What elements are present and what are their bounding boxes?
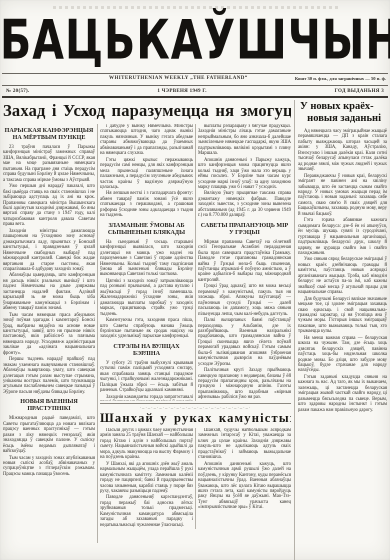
paragraph: Заходнія міністры дамагаюцца пашырэньня … — [3, 229, 95, 273]
column-2: і дабудзе ў выніку Нямеччына. Міністры с… — [100, 124, 193, 401]
paragraph: Палкі вычарпаных баямі паўстанцаў перахо… — [198, 318, 291, 367]
lead-headline: Захад і Усход паразумецца ня змогуць — [3, 101, 291, 121]
paragraph: Вялікую ўвагу прыцягвае таксама справа д… — [198, 191, 291, 218]
paragraph: Пасьля доўгіх і цяжкіх баёў камуністычна… — [100, 428, 193, 461]
paragraph: Палітычныя кругі Захаду прыймаюць савецк… — [198, 368, 291, 401]
subhead-blockade-agreement: ЗЛАМАНЬНЕ ЎМОВЫ АБ СЬПЫНЕНЬ­НІ БЛЯКАДЫ — [101, 223, 192, 237]
paragraph: Тым часам нямецкая праса абедзьвюх зонаў… — [3, 313, 95, 357]
dateline-row: № 20(57). 1 ЧЭРВЕНЯ 1949 Г. ГОД ВЫДАНЬНЯ… — [2, 86, 388, 96]
paragraph: Апошнія данясеньні з Парыжу кажуць, што … — [198, 158, 291, 191]
subhead-paris-conference: ПАРЫСКАЯ КАНФЭРЭНЦЫЯ НА МЁРТВЫМ ПУНКЦЕ — [4, 128, 94, 142]
subhead-war-criminals: НОВЫЯ ВАЕННЫЯ ПРАСТУПНІКІ — [4, 399, 94, 413]
page-content: Захад і Усход паразумецца ня змогуць ПАР… — [0, 98, 390, 560]
text-columns: ПАРЫСКАЯ КАНФЭРЭНЦЫЯ НА МЁРТВЫМ ПУНКЦЕ 2… — [3, 124, 291, 543]
col4-headline-line1: У новых краёх- — [298, 101, 387, 113]
paragraph: Мірная прапанова Саветаў на сёлетняй сэс… — [198, 240, 291, 284]
paragraph: У суботу 21 траўня выбухнулі крывавыя су… — [100, 361, 193, 394]
article-war-criminals: Міжнародныя радыё паведамілі, што Саветы… — [3, 416, 95, 477]
paragraph: Апошнія данясеньні кажуць, што камуністы… — [198, 462, 291, 511]
shanghai-headline: Шанхай у руках камуністых — [100, 411, 291, 425]
edition-year: ГОД ВЫДАНЬНЯ 3 — [335, 89, 384, 94]
article-paris-continued: і дабудзе ў выніку Нямеччына. Міністры с… — [100, 124, 193, 219]
shanghai-column-left: Пасьля доўгіх і цяжкіх баёў камуністычна… — [100, 428, 193, 529]
paragraph: 23 траўня пачалася ў Парыжы канфэрэнцыя … — [3, 145, 95, 183]
weekly-subtitle: WHITERUTHENIAN WEEKLY „THE FATHERLAND“ — [109, 76, 248, 81]
publication-date: 1 ЧЭРВЕНЯ 1949 Г. — [157, 89, 207, 94]
paragraph: Тым часам у заходніх зонах апублікаваныя… — [3, 456, 95, 478]
column-1: ПАРЫСКАЯ КАНФЭРЭНЦЫЯ НА МЁРТВЫМ ПУНКЦЕ 2… — [3, 124, 95, 543]
shanghai-columns: Пасьля доўгіх і цяжкіх баёў камуністычна… — [100, 428, 291, 529]
article-reparations: выплаты рэпарацыяў з бягучае прадукцыі. … — [198, 124, 291, 219]
paragraph: Ужо сяньня сярод беларускае эміграцыі ў … — [298, 257, 387, 295]
paragraph: У Шанхаі, які да апошніх дзён жыў амаль … — [100, 462, 193, 495]
paragraph: выплаты рэпарацыяў з бягучае прадукцыі. … — [198, 124, 291, 157]
subtitle-row: WHITERUTHENIAN WEEKLY „THE FATHERLAND“ К… — [2, 75, 388, 84]
article-greece: Мірная прапанова Саветаў на сёлетняй сэс… — [198, 240, 291, 401]
paragraph: Ня лепшыя весткі і з гаспадарчага фронту… — [100, 191, 193, 218]
section-ornament: ·–·–·–·–·–·–·–·–·–·–·–·–·–·–·–·–·–·–·–· — [100, 405, 291, 410]
paragraph: Ад нямецкага часу эміграцыйнае жыцьцё пе… — [298, 129, 387, 173]
paragraph: Заходнія каманданты горада запратэставал… — [100, 395, 193, 401]
paragraph: Гэтыя заданьні кладуцца сяньня на кажнаг… — [298, 375, 387, 413]
column-divider-3 — [294, 100, 295, 560]
article-paris-conference: 23 траўня пачалася ў Парыжы канфэрэнцыя … — [3, 145, 95, 395]
shanghai-column-divider — [195, 428, 196, 529]
column-divider-2 — [195, 124, 196, 401]
middle-top: і дабудзе ў выніку Нямеччына. Міністры с… — [100, 124, 291, 401]
paragraph: Паводле данясеньняў карэспандэнтаў, гора… — [100, 495, 193, 528]
masthead: БАЦЬКАЎШЧЫНА — [0, 11, 390, 73]
paragraph: На сьнеданьні ў чэсьць старшыні канфэрэн… — [100, 240, 193, 278]
article-blockade: На сьнеданьні ў чэсьць старшыні канфэрэн… — [100, 240, 193, 340]
col4-headline: У новых краёх- новыя заданьні — [298, 101, 387, 124]
issue-number: № 20(57). — [6, 89, 30, 94]
paragraph: і дабудзе ў выніку Нямеччына. Міністры с… — [100, 124, 193, 157]
masthead-title: БАЦЬКАЎШЧЫНА — [0, 11, 390, 69]
column-divider-1 — [97, 124, 98, 543]
header-divider-top — [2, 73, 388, 74]
paragraph: Абазнаўцы цьвердзяць, што канфэрэнцыя ня… — [3, 273, 95, 311]
subhead-greece-peace: САВЕТЫ ПРАПАНУЮЦЬ МІР У ГРЭЦЫІ — [199, 223, 290, 237]
left-section: Захад і Усход паразумецца ня змогуць ПАР… — [3, 100, 291, 560]
paragraph: Ня менш важная справа — беларуская школа… — [298, 336, 387, 374]
subhead-berlin-shots: СТРЭЛЫ НА ВУЛІЦАХ БЭРЛІНА — [101, 344, 192, 358]
paragraph: Грэцкі ўрад адказаў, што ня можа весьці … — [198, 284, 291, 317]
paragraph: Для будучыні Беларусі вялікае значаньне … — [298, 297, 387, 335]
article-berlin-shots: У суботу 21 траўня выбухнулі крывавыя су… — [100, 361, 193, 401]
paragraph: Першы тыдзень нарадаў прайшоў пад знакам… — [3, 357, 95, 395]
paragraph: Пераяжджаючы ў новыя краі, беларускі эмі… — [298, 174, 387, 218]
shanghai-column-right: Шанхай, будучы найбольшым асяродкам заме… — [198, 428, 291, 529]
column-3: выплаты рэпарацыяў з бягучае прадукцыі. … — [198, 124, 291, 401]
column-4: У новых краёх- новыя заданьні Ад нямецка… — [298, 100, 387, 560]
paragraph: Міжнародныя радыё паведамілі, што Саветы… — [3, 416, 95, 454]
newspaper-page: БАЦЬКАЎШЧЫНА WHITERUTHENIAN WEEKLY „THE … — [0, 0, 390, 560]
article-new-lands: Ад нямецкага часу эміграцыйнае жыцьцё пе… — [298, 129, 387, 413]
paragraph: Гэта горача абавязвае кажнага сьвядомага… — [298, 218, 387, 256]
paragraph: Цягнікі з заходніх зонаў затрымліваюцца … — [100, 279, 193, 317]
shanghai-section: ·–·–·–·–·–·–·–·–·–·–·–·–·–·–·–·–·–·–·–· … — [100, 403, 291, 543]
paragraph: Шанхай, будучы найбольшым асяродкам заме… — [198, 428, 291, 461]
price-note: Кошт 30 п. фэн., для загранічных — 50 п.… — [295, 76, 386, 81]
col4-headline-line2: новыя заданьні — [298, 113, 387, 125]
paragraph: Ужо першыя дні нарадаў паказалі, што бак… — [3, 184, 95, 228]
middle-columns: і дабудзе ў выніку Нямеччына. Міністры с… — [100, 124, 291, 543]
paragraph: Камэнтуючы гэта, заходняя праса піша, шт… — [100, 318, 193, 340]
paragraph: Гэты цяжкі крызыс перажываюць перадусім … — [100, 158, 193, 191]
